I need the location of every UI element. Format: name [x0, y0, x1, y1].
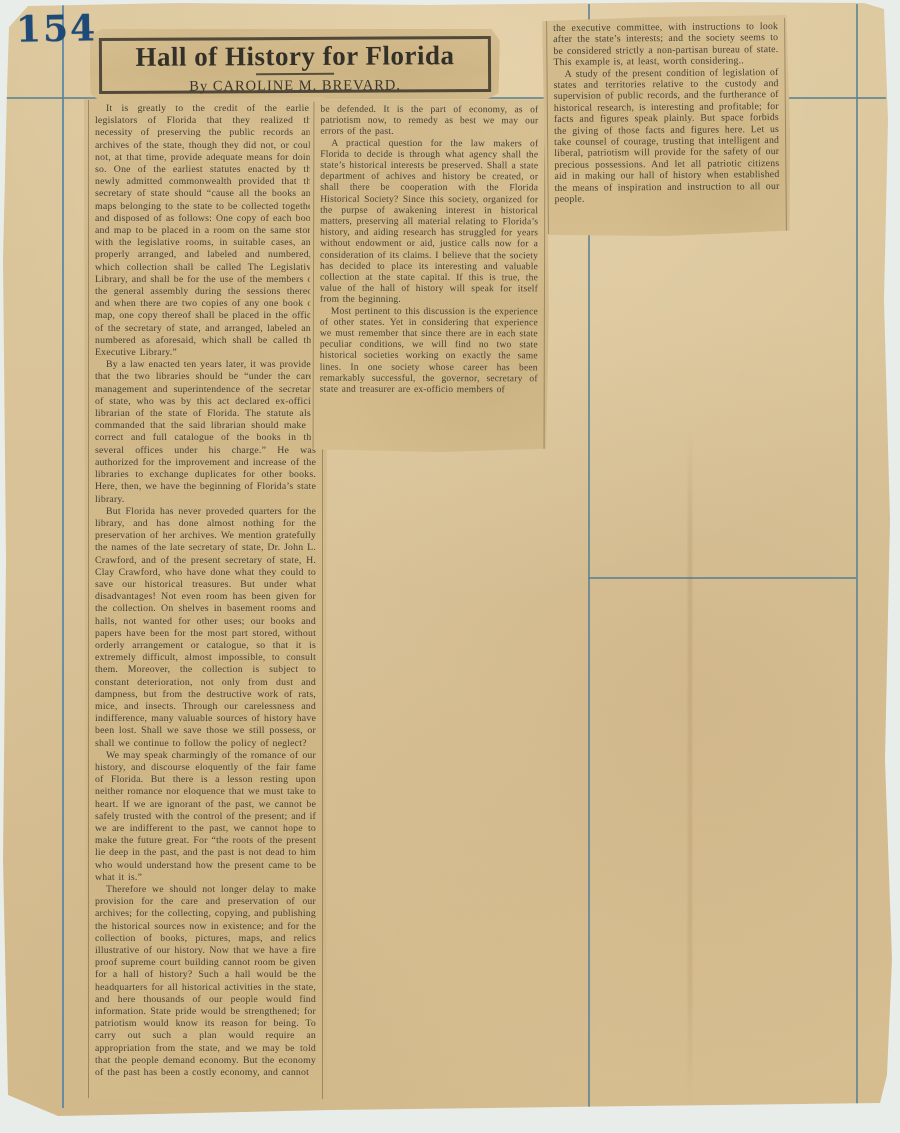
ruled-line-vertical-right — [856, 4, 858, 1108]
ruled-line-horizontal-middle — [588, 577, 856, 579]
paragraph: Therefore we should not longer delay to … — [95, 884, 316, 1079]
paragraph: the executive committee, with instructio… — [553, 21, 778, 69]
paragraph: Most pertinent to this discussion is the… — [320, 306, 538, 396]
page-number: 154 — [16, 7, 98, 50]
column3-clipping: the executive committee, with instructio… — [542, 15, 791, 237]
title-border-box: Hall of History for Florida By CAROLINE … — [99, 36, 491, 94]
column3-text: the executive committee, with instructio… — [546, 18, 787, 234]
paper-crease — [688, 430, 692, 1110]
paragraph: It is greatly to the credit of the earli… — [95, 103, 316, 359]
title-clipping: Hall of History for Florida By CAROLINE … — [90, 27, 500, 101]
column2-clipping: be defended. It is the part of economy, … — [309, 99, 550, 453]
scrapbook-page: 154 Hall of History for Florida By CAROL… — [0, 0, 896, 1122]
column1-clipping: It is greatly to the credit of the earli… — [84, 97, 327, 1103]
paragraph: By a law enacted ten years later, it was… — [95, 359, 316, 505]
paragraph: be defended. It is the part of economy, … — [320, 105, 538, 139]
article-byline: By CAROLINE M. BREVARD. — [102, 77, 488, 96]
column1-text: It is greatly to the credit of the earli… — [88, 100, 323, 1100]
column2-text: be defended. It is the part of economy, … — [313, 102, 546, 450]
ruled-line-vertical-left — [62, 4, 64, 1108]
paragraph: A study of the present condition of legi… — [553, 67, 779, 206]
paragraph: We may speak charmingly of the romance o… — [95, 750, 316, 884]
paragraph: But Florida has never proveded quarters … — [95, 506, 316, 750]
paragraph: A practical question for the law makers … — [320, 138, 538, 307]
article-title: Hall of History for Florida — [102, 41, 488, 73]
headline-divider-rule — [256, 72, 334, 74]
